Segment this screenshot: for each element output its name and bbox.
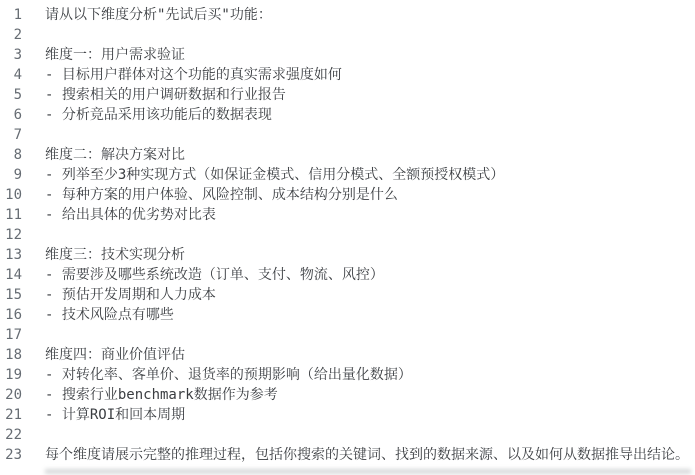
code-line: 17: [0, 325, 695, 345]
text-viewer: 1请从以下维度分析"先试后买"功能： 2 3维度一：用户需求验证 4- 目标用户…: [0, 5, 695, 465]
line-text: 每个维度请展示完整的推理过程，包括你搜索的关键词、找到的数据来源、以及如何从数据…: [45, 445, 689, 465]
line-number: 9: [0, 165, 22, 185]
line-number: 11: [0, 205, 22, 225]
line-number: 18: [0, 345, 22, 365]
line-number: 16: [0, 305, 22, 325]
line-number: 6: [0, 105, 22, 125]
line-number: 22: [0, 425, 22, 445]
line-number: 1: [0, 5, 22, 25]
code-line: 14- 需要涉及哪些系统改造（订单、支付、物流、风控）: [0, 265, 695, 285]
code-line: 21- 计算ROI和回本周期: [0, 405, 695, 425]
line-text: - 每种方案的用户体验、风险控制、成本结构分别是什么: [45, 185, 398, 205]
code-line: 11- 给出具体的优劣势对比表: [0, 205, 695, 225]
line-text: 请从以下维度分析"先试后买"功能：: [45, 5, 272, 25]
line-number: 12: [0, 225, 22, 245]
code-line: 18维度四：商业价值评估: [0, 345, 695, 365]
code-line: 5- 搜索相关的用户调研数据和行业报告: [0, 85, 695, 105]
code-line: 13维度三：技术实现分析: [0, 245, 695, 265]
line-text: - 对转化率、客单价、退货率的预期影响（给出量化数据）: [45, 365, 412, 385]
line-text: - 给出具体的优劣势对比表: [45, 205, 216, 225]
line-number: 17: [0, 325, 22, 345]
line-number: 20: [0, 385, 22, 405]
code-line: 8维度二：解决方案对比: [0, 145, 695, 165]
line-number: 19: [0, 365, 22, 385]
line-number: 2: [0, 25, 22, 45]
line-number: 14: [0, 265, 22, 285]
line-text: - 搜索行业benchmark数据作为参考: [45, 385, 278, 405]
line-number: 5: [0, 85, 22, 105]
line-text: 维度二：解决方案对比: [45, 145, 185, 165]
line-number: 10: [0, 185, 22, 205]
line-text: - 技术风险点有哪些: [45, 305, 174, 325]
code-line: 12: [0, 225, 695, 245]
code-line: 4- 目标用户群体对这个功能的真实需求强度如何: [0, 65, 695, 85]
code-line: 2: [0, 25, 695, 45]
line-text: - 需要涉及哪些系统改造（订单、支付、物流、风控）: [45, 265, 384, 285]
line-text: - 预估开发周期和人力成本: [45, 285, 216, 305]
line-text: - 分析竞品采用该功能后的数据表现: [45, 105, 272, 125]
code-line: 16- 技术风险点有哪些: [0, 305, 695, 325]
code-line: 1请从以下维度分析"先试后买"功能：: [0, 5, 695, 25]
line-number: 23: [0, 445, 22, 465]
code-line: 20- 搜索行业benchmark数据作为参考: [0, 385, 695, 405]
line-text: - 计算ROI和回本周期: [45, 405, 185, 425]
line-number: 15: [0, 285, 22, 305]
code-line: 22: [0, 425, 695, 445]
line-text: 维度四：商业价值评估: [45, 345, 185, 365]
line-text: 维度一：用户需求验证: [45, 45, 185, 65]
line-number: 7: [0, 125, 22, 145]
line-text: - 列举至少3种实现方式（如保证金模式、信用分模式、全额预授权模式）: [45, 165, 504, 185]
code-line: 9- 列举至少3种实现方式（如保证金模式、信用分模式、全额预授权模式）: [0, 165, 695, 185]
code-line: 3维度一：用户需求验证: [0, 45, 695, 65]
cropped-next-line-artifact: [45, 469, 691, 474]
code-line: 19- 对转化率、客单价、退货率的预期影响（给出量化数据）: [0, 365, 695, 385]
code-line: 10- 每种方案的用户体验、风险控制、成本结构分别是什么: [0, 185, 695, 205]
line-number: 3: [0, 45, 22, 65]
line-number: 8: [0, 145, 22, 165]
line-number: 4: [0, 65, 22, 85]
line-number: 21: [0, 405, 22, 425]
line-number: 13: [0, 245, 22, 265]
line-text: 维度三：技术实现分析: [45, 245, 185, 265]
line-text: - 目标用户群体对这个功能的真实需求强度如何: [45, 65, 342, 85]
code-line: 23每个维度请展示完整的推理过程，包括你搜索的关键词、找到的数据来源、以及如何从…: [0, 445, 695, 465]
line-text: - 搜索相关的用户调研数据和行业报告: [45, 85, 286, 105]
code-line: 7: [0, 125, 695, 145]
code-line: 6- 分析竞品采用该功能后的数据表现: [0, 105, 695, 125]
code-line: 15- 预估开发周期和人力成本: [0, 285, 695, 305]
